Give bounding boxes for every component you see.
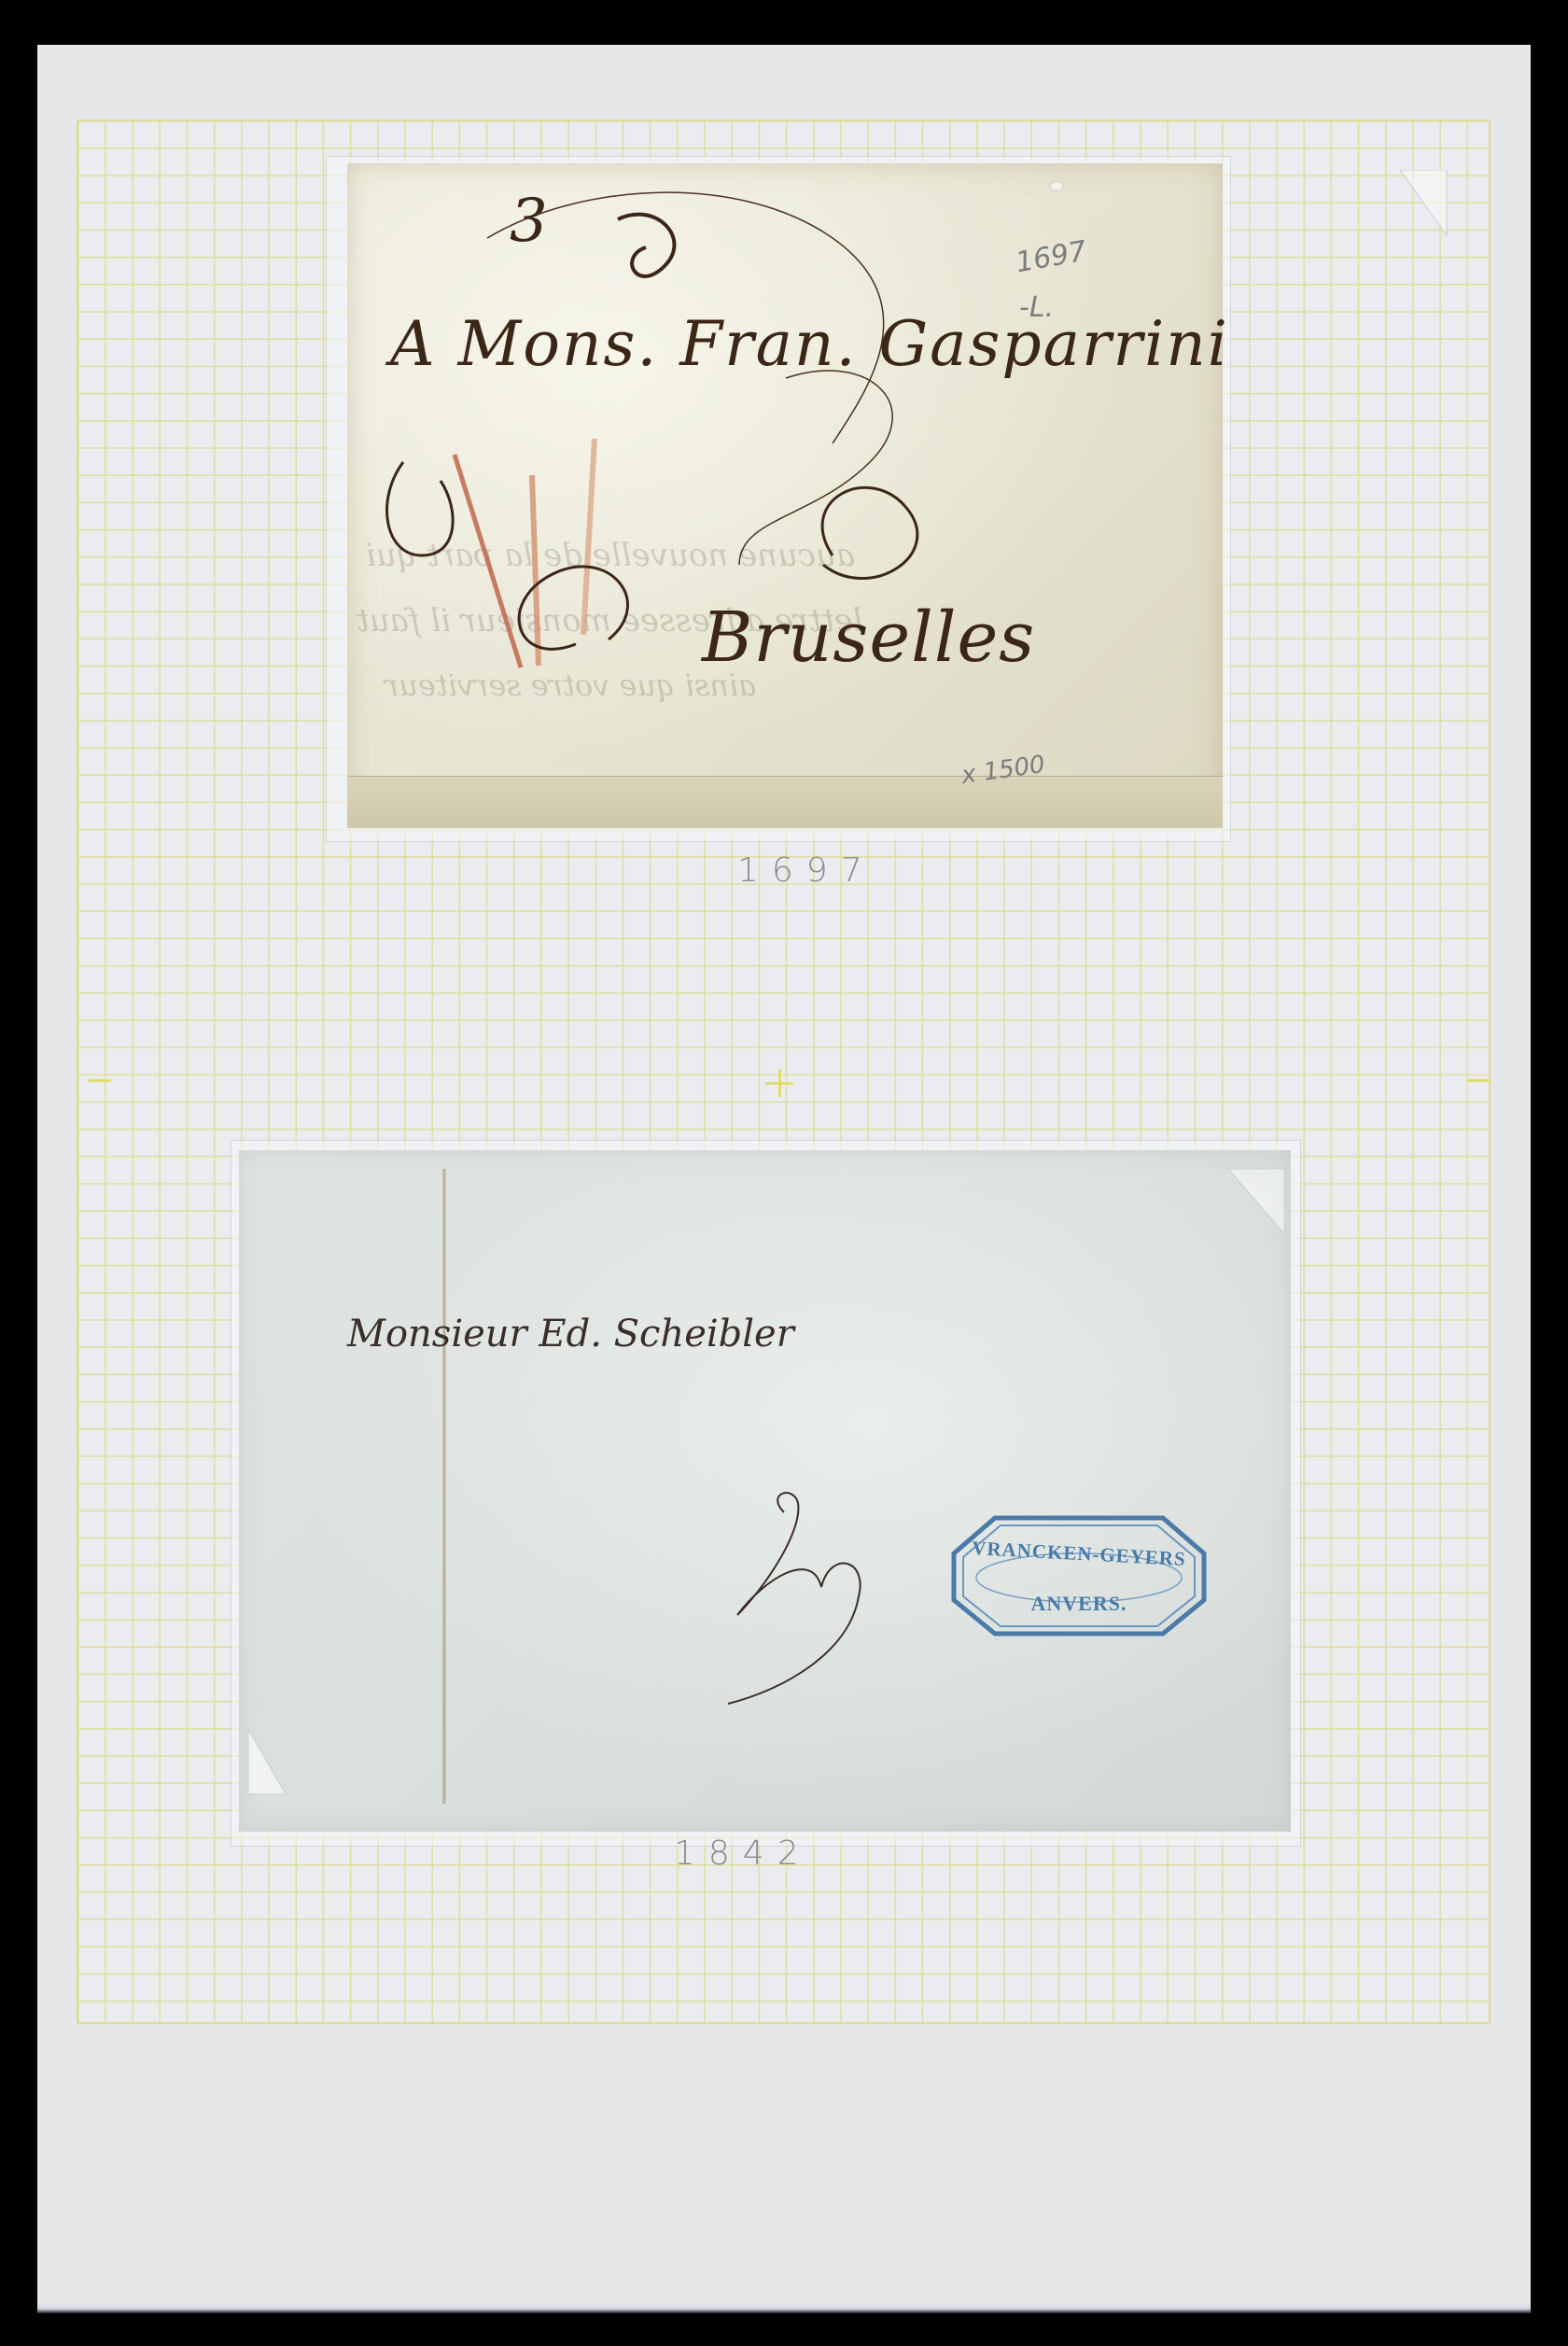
handwriting-strokes [347, 163, 1223, 828]
cover-year-label: 1842 [674, 1834, 812, 1873]
pencil-class-note: -L. [1019, 291, 1054, 324]
vrancken-geyers-cachet: VRANCKEN-GEYERS ANVERS. [948, 1510, 1210, 1641]
center-crosshair-mark [765, 1069, 793, 1097]
page-edge [37, 2302, 1531, 2313]
left-center-tick [89, 1079, 111, 1082]
destination-line: En [765, 1512, 766, 1513]
octagon-frame [948, 1510, 1210, 1641]
cachet-city: ANVERS. [948, 1592, 1210, 1616]
addressee-line: A Mons. Fran. Gasparrini [390, 308, 1229, 380]
sleeve-corner-tab [1400, 170, 1456, 245]
cover-year-label: 1697 [737, 851, 875, 890]
rate-marking: 3 [510, 187, 548, 256]
handwriting-flourish [709, 1475, 924, 1708]
addressee-line: Monsieur Ed. Scheibler [347, 1313, 794, 1356]
destination-line: Bruselles [702, 597, 1035, 678]
right-center-tick [1468, 1079, 1491, 1082]
